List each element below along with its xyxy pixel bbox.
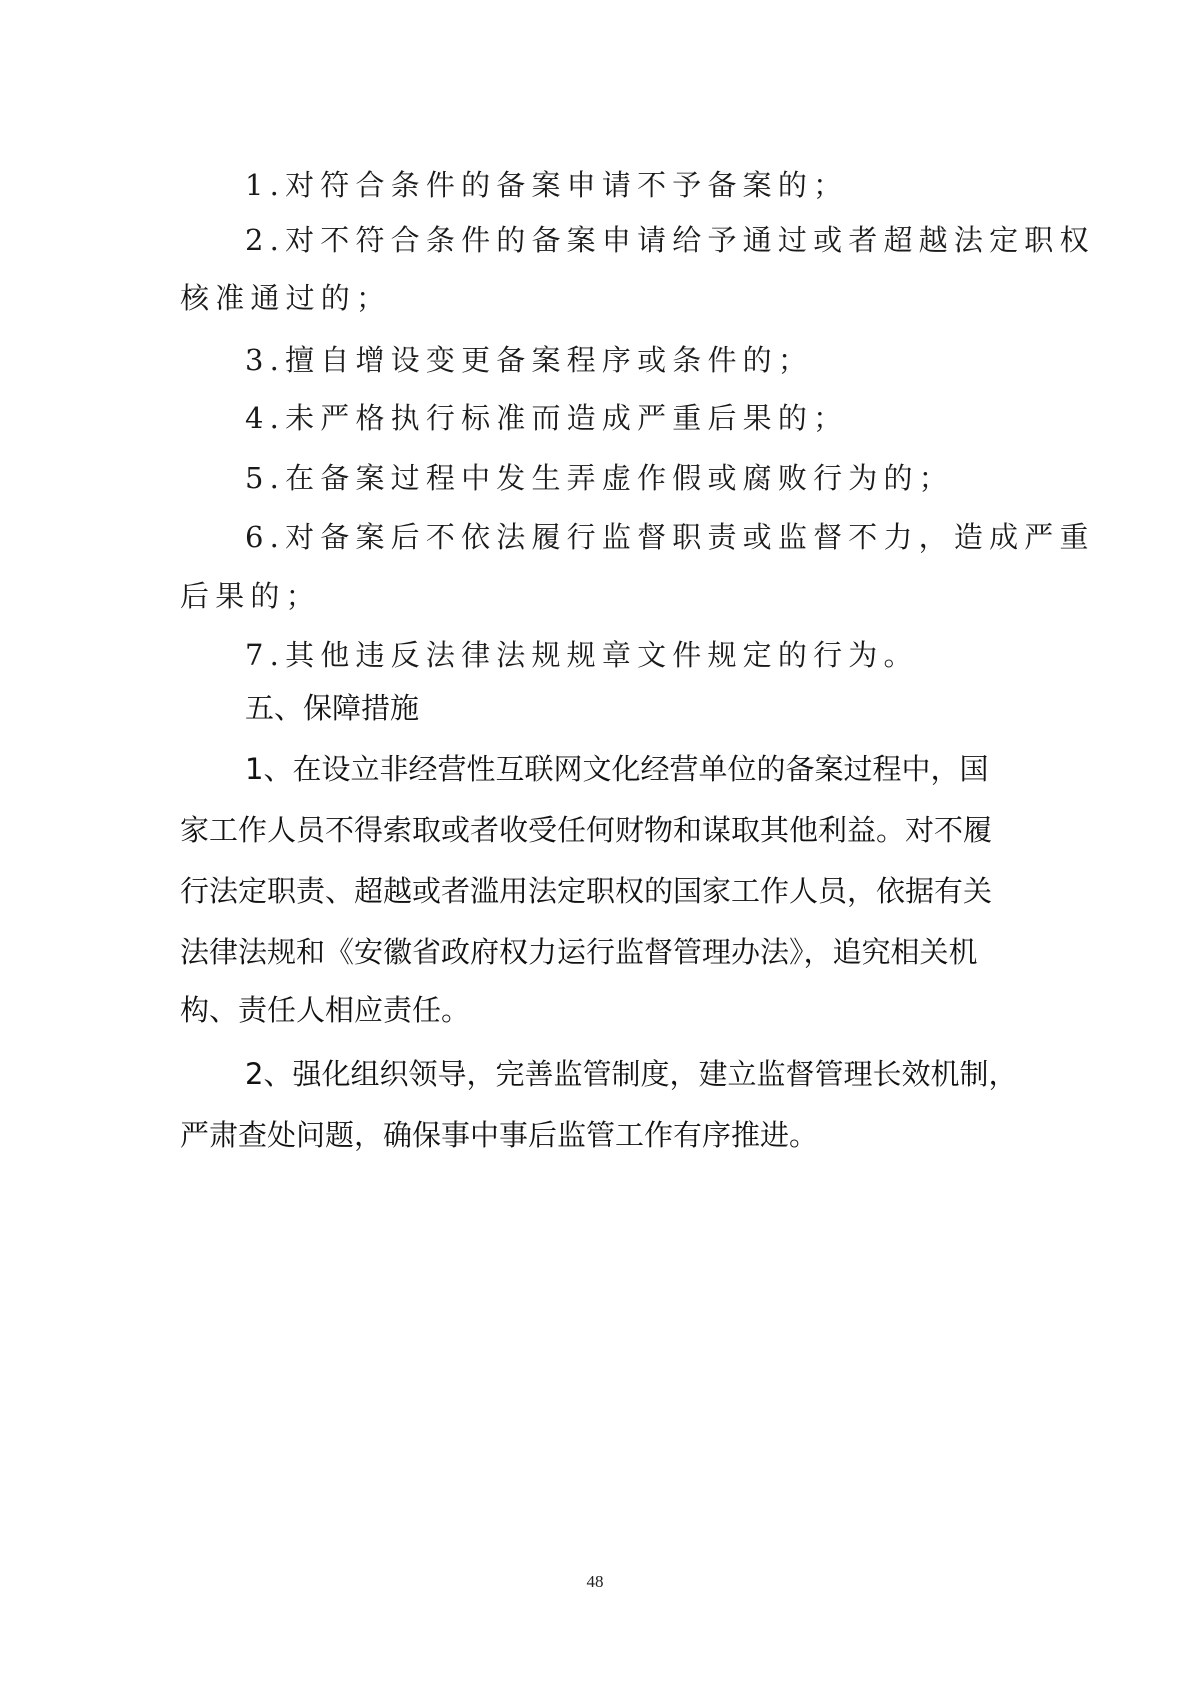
list-item-continuation: 后果的； [180, 578, 1020, 614]
list-item: 3.擅自增设变更备案程序或条件的； [245, 342, 1085, 378]
list-item: 4.未严格执行标准而造成严重后果的； [245, 400, 1085, 436]
page-number: 48 [0, 1572, 1190, 1592]
list-item: 2.对不符合条件的备案申请给予通过或者超越法定职权 [245, 222, 1085, 258]
list-item-continuation: 核准通过的； [180, 280, 1020, 316]
list-item: 5.在备案过程中发生弄虚作假或腐败行为的； [245, 460, 1085, 496]
list-item: 1.对符合条件的备案申请不予备案的； [245, 167, 1085, 203]
paragraph-line: 家工作人员不得索取或者收受任何财物和谋取其他利益。对不履 [180, 812, 1020, 848]
paragraph-line: 行法定职责、超越或者滥用法定职权的国家工作人员，依据有关 [180, 873, 1020, 909]
paragraph-line: 严肃查处问题，确保事中事后监管工作有序推进。 [180, 1117, 1020, 1153]
document-page: 1.对符合条件的备案申请不予备案的； 2.对不符合条件的备案申请给予通过或者超越… [0, 0, 1190, 1683]
paragraph-line: 1、在设立非经营性互联网文化经营单位的备案过程中，国 [245, 751, 1085, 787]
section-heading: 五、保障措施 [245, 690, 1085, 726]
paragraph-line: 2、强化组织领导，完善监管制度，建立监督管理长效机制， [245, 1056, 1085, 1092]
list-item: 6.对备案后不依法履行监督职责或监督不力，造成严重 [245, 519, 1085, 555]
paragraph-line: 法律法规和《安徽省政府权力运行监督管理办法》，追究相关机 [180, 934, 1020, 970]
list-item: 7.其他违反法律法规规章文件规定的行为。 [245, 637, 1085, 673]
paragraph-line: 构、责任人相应责任。 [180, 992, 1020, 1028]
